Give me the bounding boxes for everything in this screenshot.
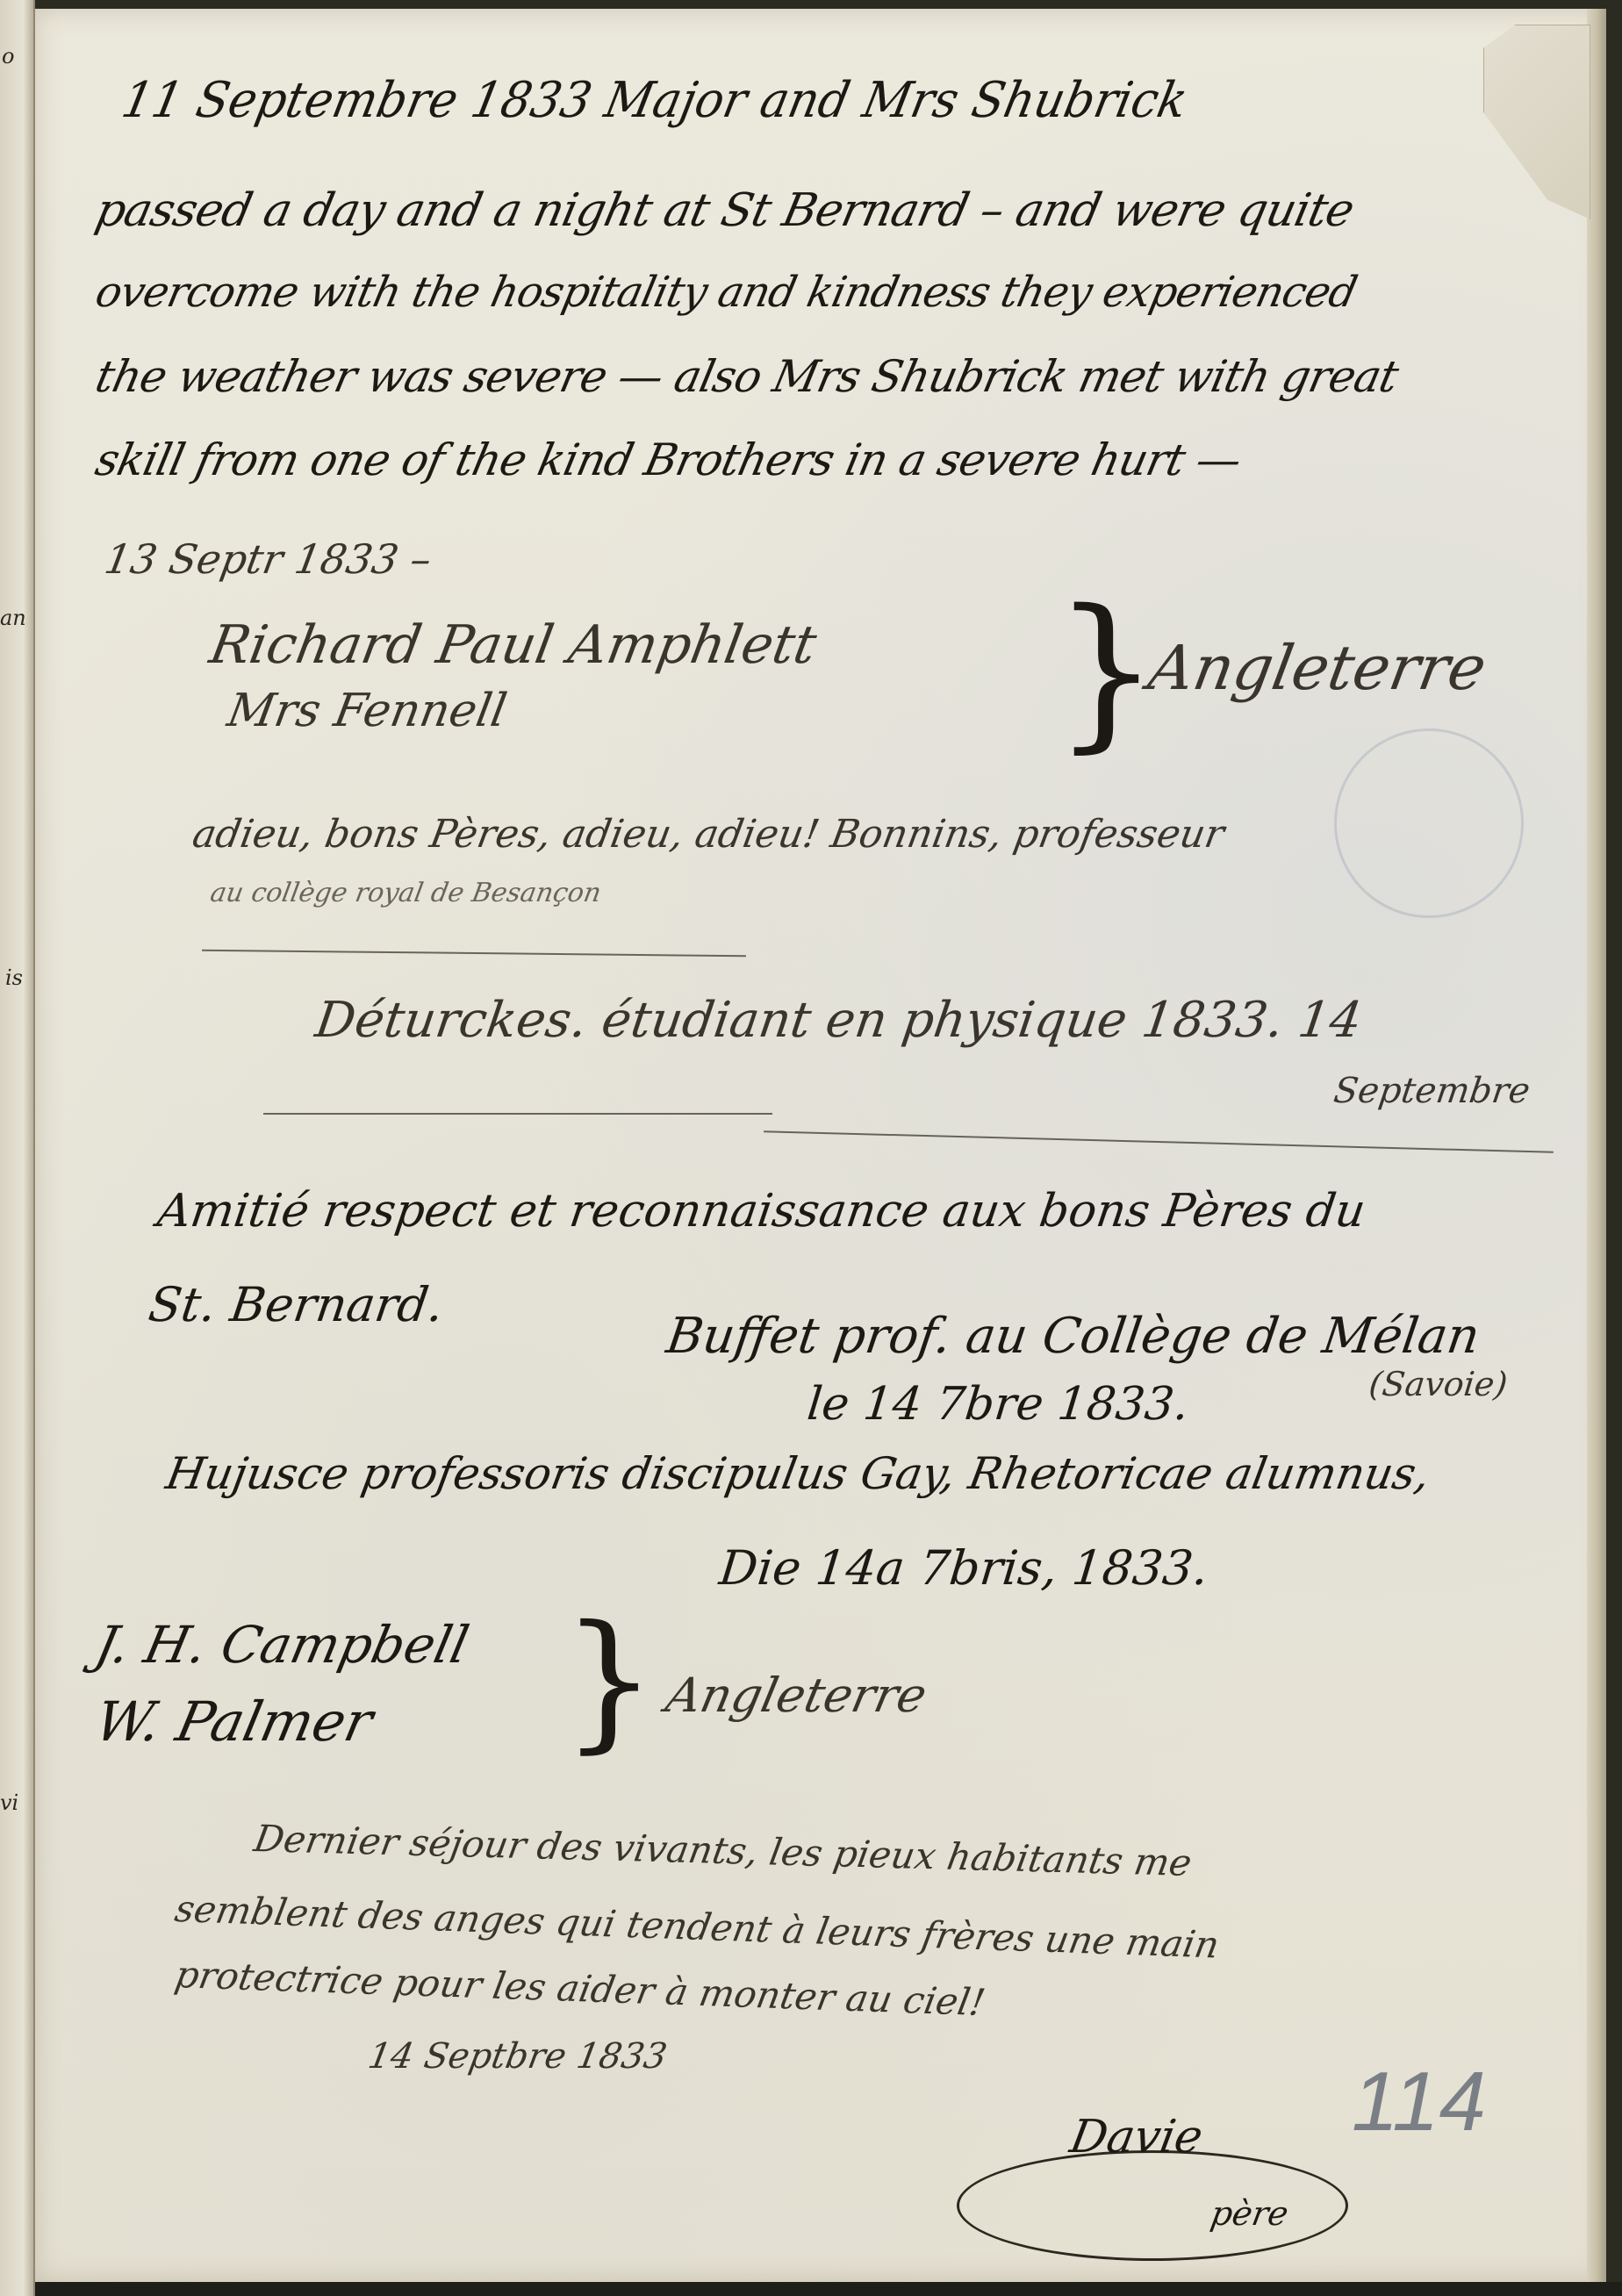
left-page-fragment: is [5,965,23,990]
book-bottom-edge [35,2282,1622,2296]
divider-rule [263,1113,772,1115]
manuscript-page: 11 Septembre 1833 Major and Mrs Shubrick… [35,9,1606,2282]
entry-amphlett-country: Angleterre [1144,632,1492,704]
entry-davie-signature: Davie [1066,2111,1207,2163]
entry-bonnins-line: au collège royal de Besançon [208,878,604,908]
entry-shubrick-line: overcome with the hospitality and kindne… [91,268,1360,317]
entry-campbell-name: J. H. Campbell [90,1615,474,1675]
entry-buffet-note: (Savoie) [1367,1365,1510,1403]
entry-davie-line: semblent des anges qui tendent à leurs f… [172,1887,1223,1966]
entry-amphlett-name: Richard Paul Amphlett [205,614,821,676]
entry-shubrick-line: the weather was severe — also Mrs Shubri… [91,351,1403,402]
folded-corner [1483,25,1590,219]
entry-buffet-line: Amitié respect et reconnaissance aux bon… [154,1185,1369,1238]
entry-shubrick-heading: 11 Septembre 1833 Major and Mrs Shubrick [117,72,1192,129]
left-page-fragment: o [2,44,14,68]
entry-deturckes-line: Déturckes. étudiant en physique 1833. 14 [312,992,1365,1049]
entry-bonnins-line: adieu, bons Pères, adieu, adieu! Bonnins… [190,812,1228,857]
page-number: 114 [1352,2054,1486,2150]
page-edge [1587,9,1606,2282]
entry-davie-date: 14 Septbre 1833 [365,2036,670,2077]
left-page-fragment: vi [0,1790,18,1815]
entry-amphlett-date: 13 Septr 1833 – [101,535,435,583]
entry-deturckes-month: Septembre [1331,1071,1532,1111]
left-page-fragment: an [0,606,26,630]
bleed-through-stamp [1334,728,1524,918]
entry-buffet-line: St. Bernard. [146,1277,448,1332]
entry-shubrick-line: passed a day and a night at St Bernard –… [91,184,1359,237]
divider-rule [764,1130,1554,1153]
divider-rule [202,950,746,957]
entry-campbell-country: Angleterre [661,1668,931,1723]
entry-buffet-date: le 14 7bre 1833. [805,1378,1191,1431]
entry-gay-date: Die 14a 7bris, 1833. [717,1540,1211,1596]
entry-campbell-name: W. Palmer [90,1690,378,1754]
entry-davie-line: protectrice pour les aider à monter au c… [172,1953,988,2024]
entry-buffet-signature: Buffet prof. au Collège de Mélan [663,1308,1482,1365]
entry-davie-signature-sub: père [1208,2194,1291,2233]
entry-gay-line: Hujusce professoris discipulus Gay, Rhet… [162,1448,1434,1499]
bracket-brace: } [562,1606,657,1755]
entry-davie-line: Dernier séjour des vivants, les pieux ha… [251,1817,1195,1884]
entry-amphlett-name: Mrs Fennell [224,685,511,737]
entry-shubrick-line: skill from one of the kind Brothers in a… [91,434,1245,485]
bracket-brace: } [1053,588,1159,755]
signature-flourish [957,2150,1348,2261]
left-page-edge: o an is vi [0,0,35,2296]
